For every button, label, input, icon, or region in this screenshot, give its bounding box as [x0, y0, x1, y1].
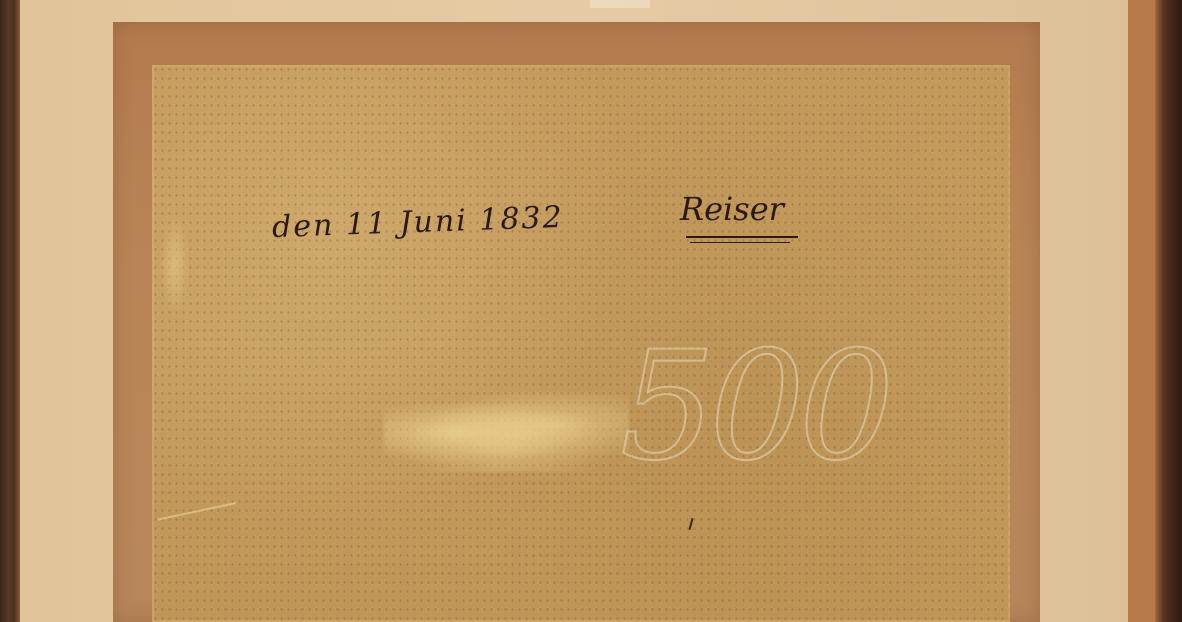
frame-left-edge: [0, 0, 20, 622]
top-paper-tab: [590, 0, 650, 8]
signature-underline-2: [690, 242, 790, 243]
chalk-number: 500: [620, 320, 888, 494]
frame-right-edge: [1155, 0, 1182, 622]
paper-scuff: [384, 392, 629, 472]
signature-underline-1: [686, 236, 798, 238]
handwritten-signature: Reiser: [680, 190, 784, 228]
right-paper-strip: [1128, 0, 1155, 622]
left-smudge: [160, 215, 190, 315]
